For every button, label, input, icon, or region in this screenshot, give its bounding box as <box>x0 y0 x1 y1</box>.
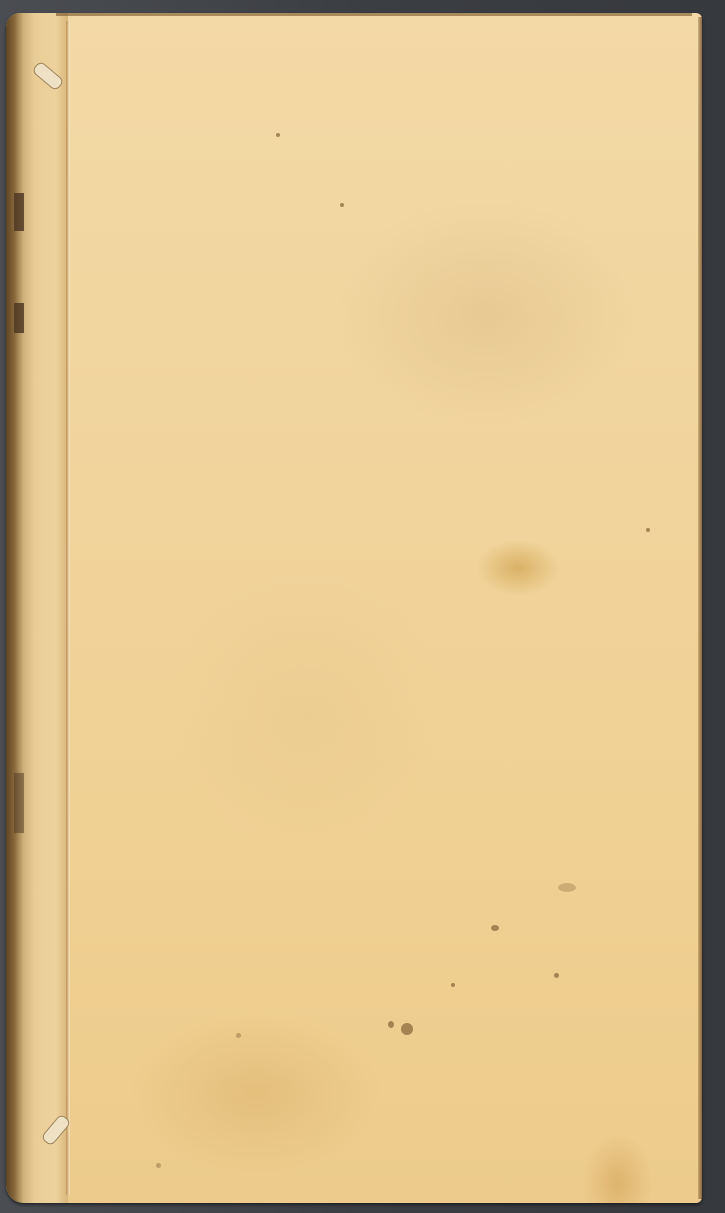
spine-lettering-fragment <box>14 303 24 333</box>
stain-spot <box>388 1021 394 1028</box>
stain-spot <box>646 528 650 532</box>
vellum-book-cover <box>6 13 702 1203</box>
spine-hinge-fold <box>66 21 70 1195</box>
spine-lettering-fragment <box>14 193 24 231</box>
spine-wear-mark <box>14 773 24 833</box>
book-spine <box>6 13 68 1203</box>
stain-spot <box>156 1163 161 1168</box>
stain-spot <box>554 973 559 978</box>
stain-spot <box>276 133 280 137</box>
cover-top-edge <box>56 13 692 16</box>
stain-spot <box>491 925 499 931</box>
stain-spot <box>236 1033 241 1038</box>
stain-spot <box>558 883 576 892</box>
stain-spot <box>451 983 455 987</box>
cover-right-edge <box>698 17 702 1199</box>
stain-spot <box>340 203 344 207</box>
stain-spot <box>401 1023 413 1035</box>
